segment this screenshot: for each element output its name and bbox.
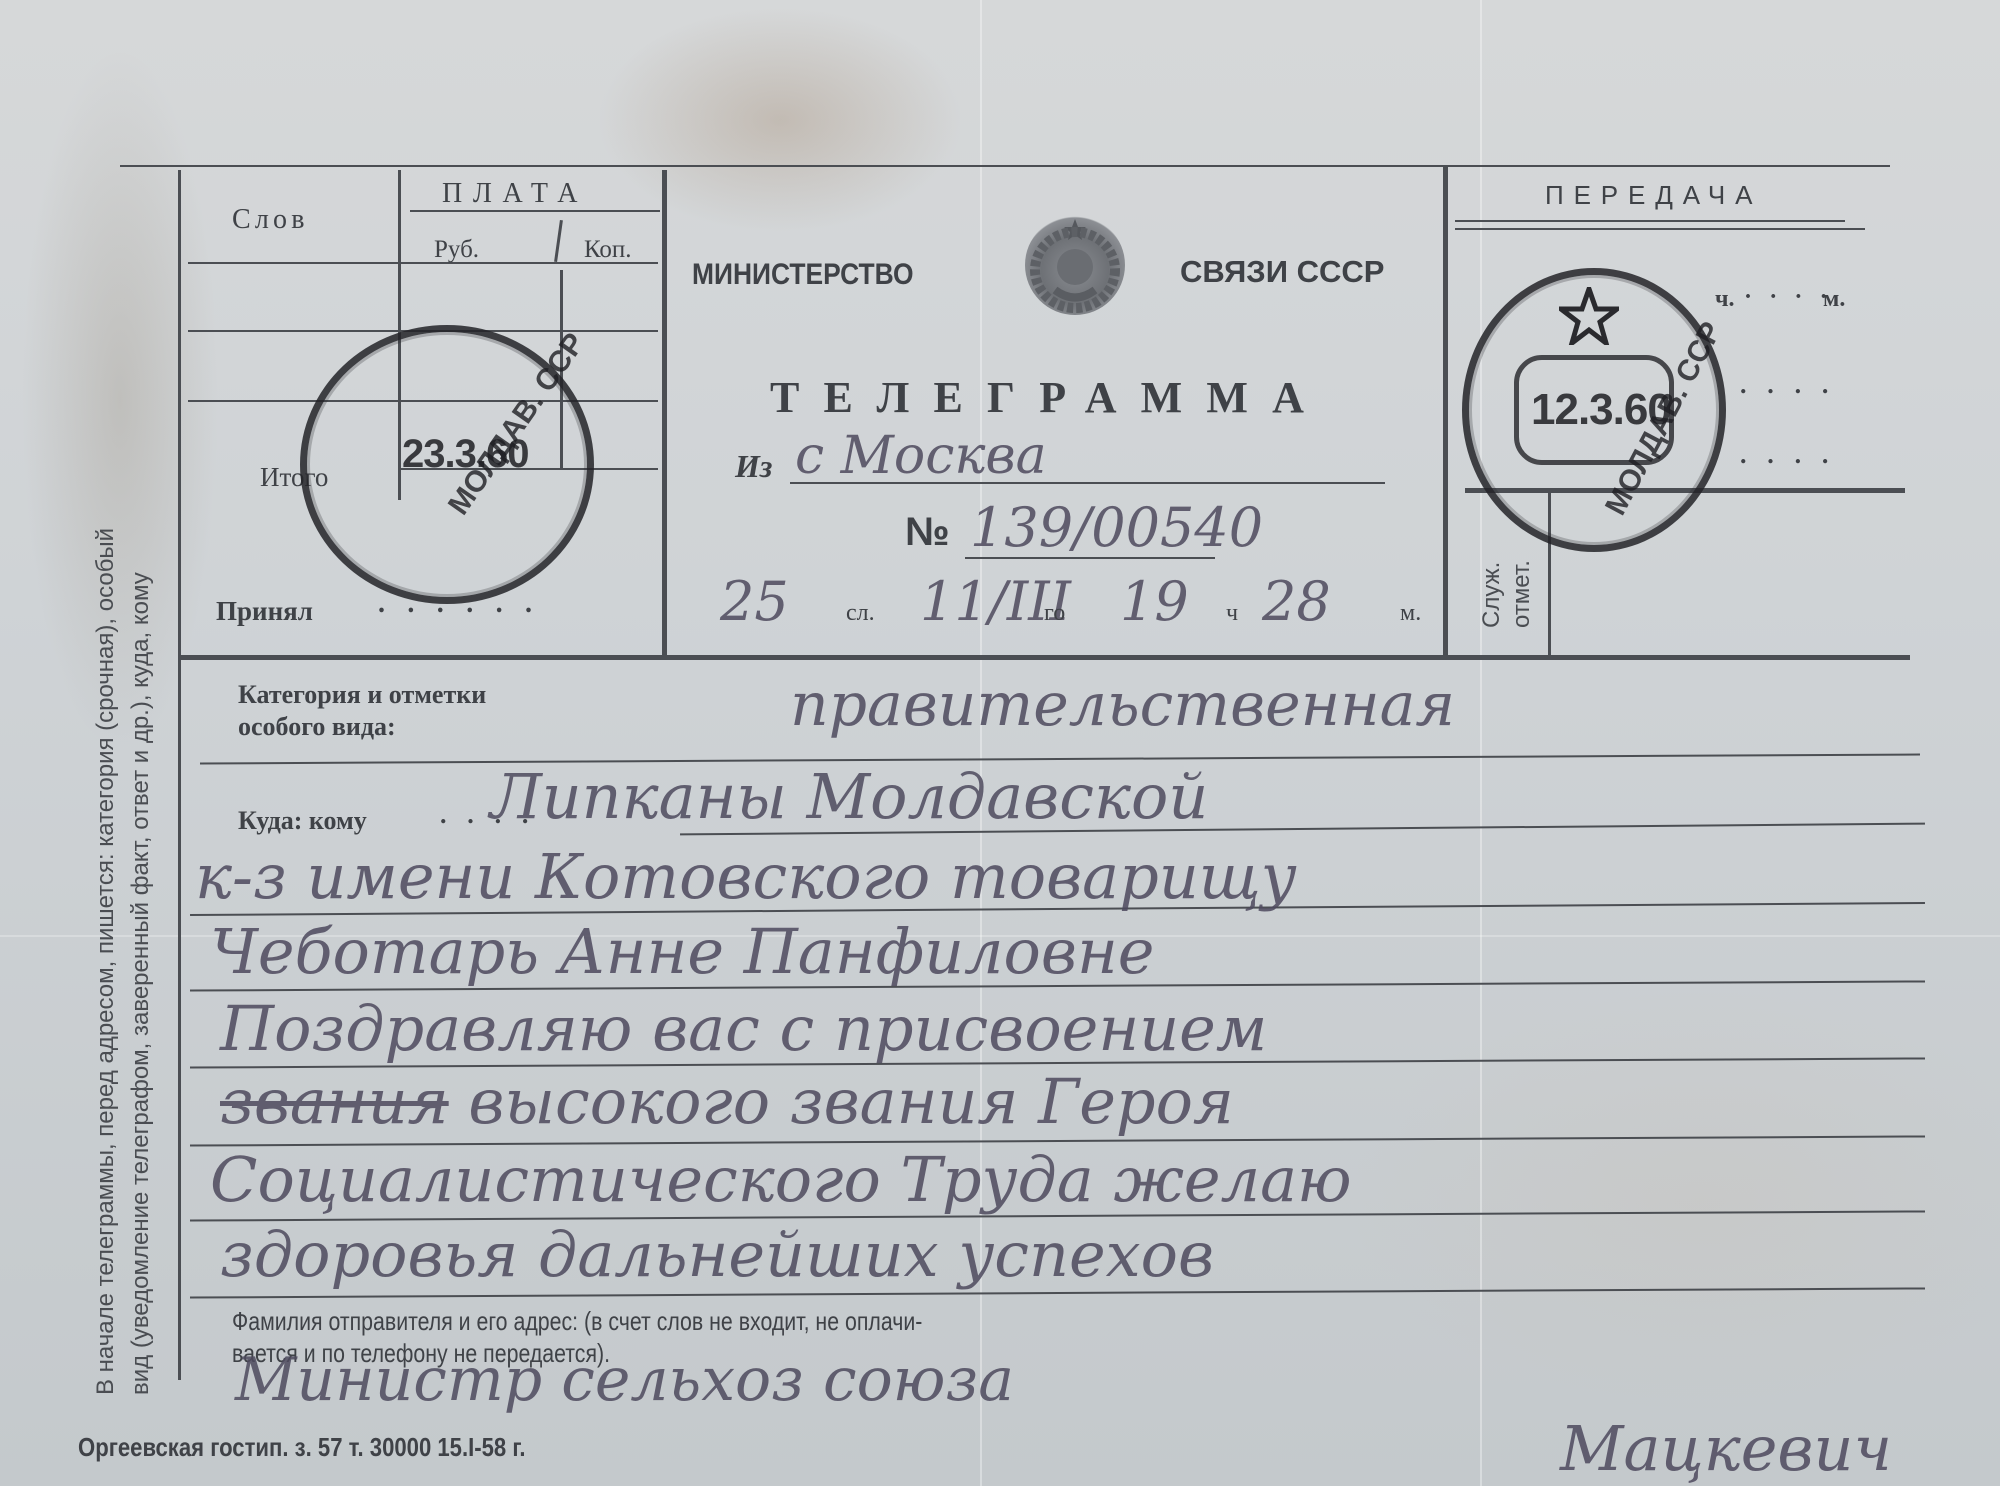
paper-crease	[1480, 0, 1482, 1486]
word-count-value: 25	[720, 570, 789, 633]
sender-signature: Мацкевич	[1560, 1412, 1892, 1485]
side-instruction-line-1: В начале телеграммы, перед адресом, пише…	[92, 155, 120, 1395]
category-label: Категория и отметки	[238, 680, 486, 710]
transmission-title-rule	[1455, 228, 1865, 230]
struck-word: звания	[220, 1065, 449, 1138]
stamp-ring-text: МОЛДАВ. ССР	[442, 327, 592, 521]
message-line: к-з имени Котовского товарищу	[195, 840, 1297, 913]
star-icon	[1559, 287, 1619, 345]
side-instruction-line-2: вид (уведомление телеграфом, заверенный …	[127, 155, 155, 1395]
hour-value: 19	[1120, 570, 1189, 633]
words-label: Слов	[232, 204, 309, 236]
postmark-stamp-left: 23.3.60 МОЛДАВ. ССР	[300, 325, 594, 604]
category-value: правительственная	[790, 670, 1455, 740]
service-label-1: Служ.	[1478, 562, 1506, 628]
number-value: 139/00540	[970, 496, 1263, 559]
rub-kop-divider	[554, 220, 563, 262]
payment-title: ПЛАТА	[442, 178, 588, 210]
message-line: Поздравляю вас с присвоением	[220, 992, 1267, 1065]
printer-imprint: Оргеевская гостип. з. 57 т. 30000 15.I-5…	[78, 1432, 525, 1463]
from-label: Из	[735, 448, 772, 485]
transmission-minute-suffix: м.	[1823, 286, 1845, 313]
sender-value: Министр сельхоз союза	[235, 1345, 1014, 1415]
message-line: Липканы Молдавской	[490, 760, 1208, 833]
form-left-rule	[178, 170, 181, 1380]
payment-title-rule	[410, 210, 660, 212]
header-bottom-rule	[180, 655, 1910, 660]
message-line: Социалистического Труда желаю	[210, 1143, 1352, 1216]
date-suffix: го	[1044, 600, 1065, 627]
hour-suffix: ч	[1226, 600, 1238, 627]
accepted-label: Принял	[216, 596, 313, 627]
telegram-paper: В начале телеграммы, перед адресом, пише…	[0, 0, 2000, 1486]
transmission-dots: ....	[1740, 440, 1849, 470]
sender-label: Фамилия отправителя и его адрес: (в счет…	[232, 1306, 922, 1337]
transmission-title-rule	[1455, 220, 1845, 222]
minute-suffix: м.	[1400, 600, 1421, 627]
from-value: с Москва	[795, 426, 1047, 486]
address-label: Куда: кому	[238, 806, 367, 836]
postmark-stamp-right: 12.3.60 МОЛДАВ. ССР	[1462, 268, 1726, 552]
transmission-left-border	[1443, 165, 1448, 655]
ministry-label-right: СВЯЗИ СССР	[1180, 254, 1384, 290]
message-line: звания высокого звания Героя	[220, 1065, 1234, 1138]
ministry-label-left: МИНИСТЕРСТВО	[692, 258, 914, 292]
message-line-text: высокого звания Героя	[468, 1065, 1234, 1138]
rub-label: Руб.	[434, 236, 479, 264]
state-emblem-icon	[1025, 215, 1125, 315]
transmission-dots: ....	[1740, 370, 1849, 400]
kop-label: Коп.	[584, 236, 632, 264]
payment-right-border	[662, 170, 667, 655]
telegram-title: ТЕЛЕГРАММА	[770, 372, 1328, 423]
form-top-rule	[120, 165, 1890, 167]
word-count-suffix: сл.	[846, 600, 875, 627]
category-label-2: особого вида:	[238, 712, 396, 742]
message-line: Чеботарь Анне Панфиловне	[210, 915, 1154, 988]
transmission-hour-suffix: ч.	[1715, 286, 1735, 313]
message-line: здоровья дальнейших успехов	[220, 1218, 1214, 1291]
service-label-2: отмет.	[1508, 560, 1536, 628]
number-label: №	[905, 510, 950, 555]
transmission-title: ПЕРЕДАЧА	[1545, 180, 1762, 211]
minute-value: 28	[1262, 570, 1331, 633]
state-emblem-icon	[1025, 215, 1125, 315]
